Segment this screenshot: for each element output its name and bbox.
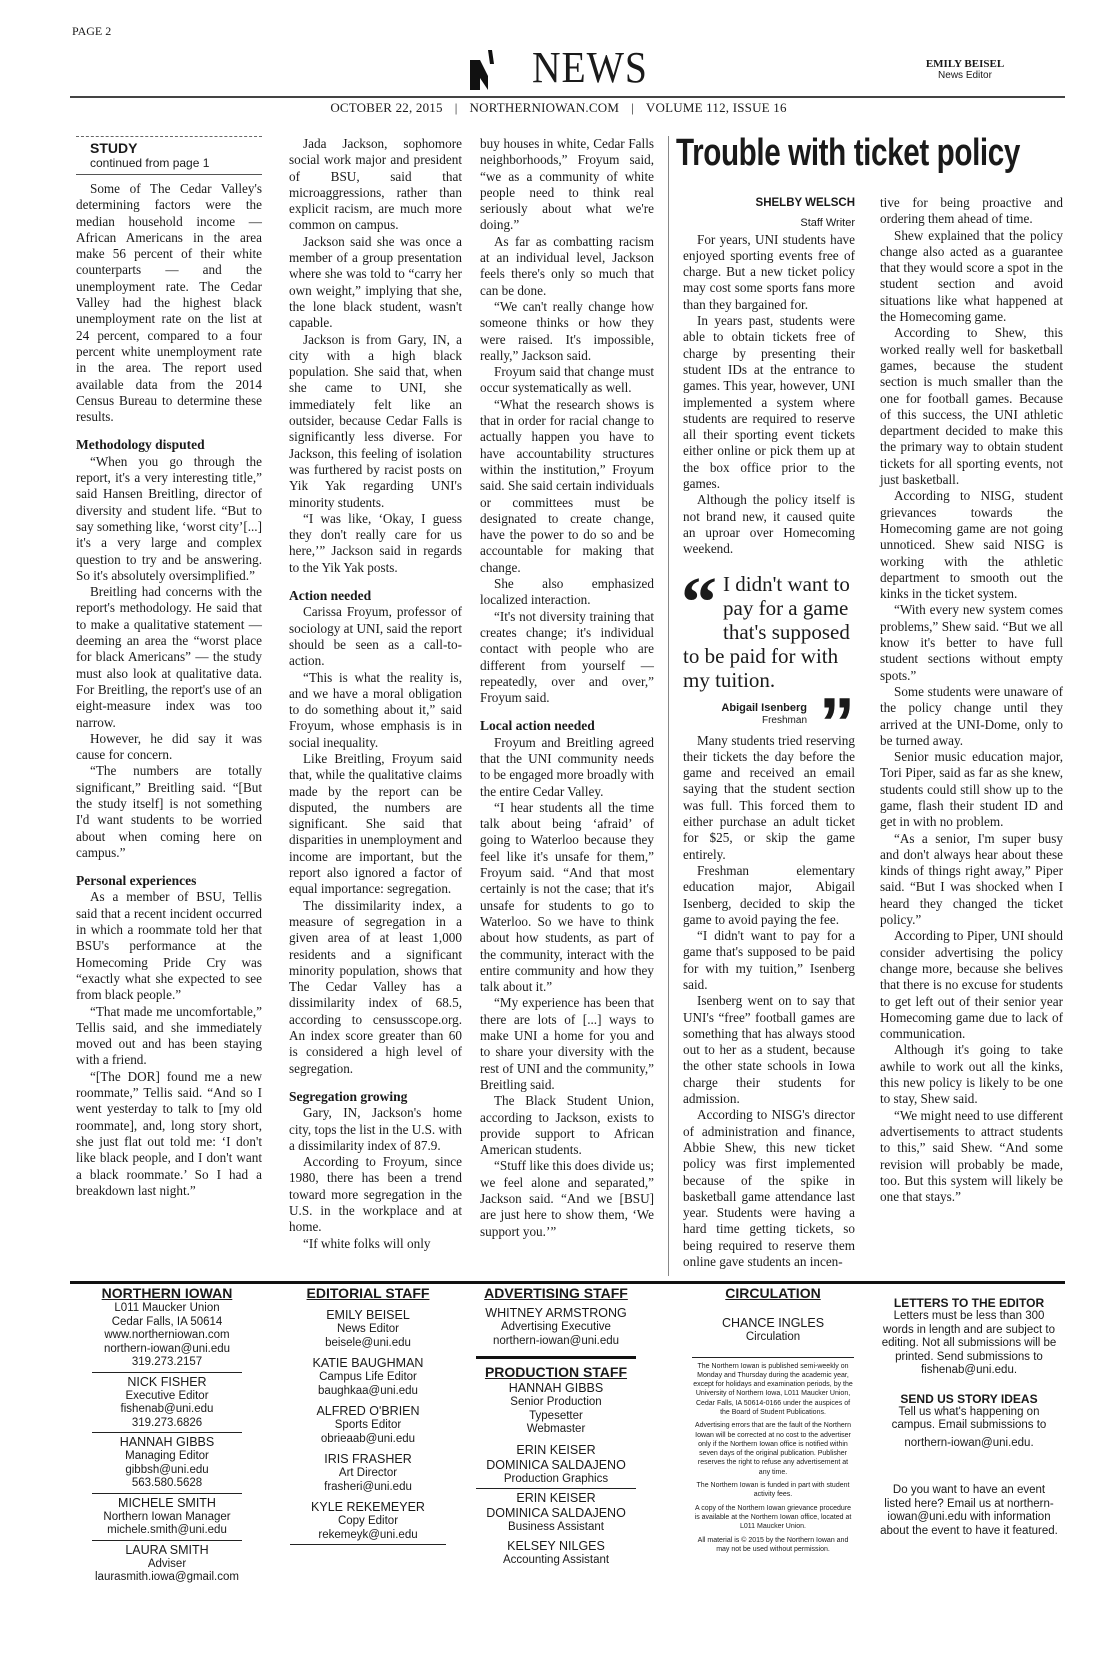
subhead: Methodology disputed [76,437,262,453]
pull-quote: “ I didn't want to pay for a game that's… [683,572,855,727]
staff-role: Circulation [692,1331,854,1345]
website-link[interactable]: www.northerniowan.com [92,1329,242,1343]
volume-issue: VOLUME 112, ISSUE 16 [646,100,787,115]
staff-entry: MICHELE SMITH Northern Iowan Manager mic… [92,1496,242,1541]
staff-name: ERIN KEISER [476,1443,636,1458]
paragraph: “What the research shows is that in orde… [480,397,654,576]
letters-text: Letters must be less than 300 words in l… [880,1310,1058,1378]
staff-role: Copy Editor [290,1515,446,1529]
paragraph: Some of The Cedar Valley's determining f… [76,181,262,425]
staff-entry: ERIN KEISER DOMINICA SALDAJENO Productio… [476,1443,636,1490]
staff-entry: CHANCE INGLES Circulation [692,1302,854,1358]
paragraph: Froyum and Breitling agreed that the UNI… [480,735,654,800]
paragraph: Shew explained that the policy change al… [880,228,1063,326]
staff-entry: ERIN KEISER DOMINICA SALDAJENO Business … [476,1491,636,1535]
staff-email[interactable]: obrieaab@uni.edu [290,1433,446,1447]
staff-role: Northern Iowan Manager [92,1511,242,1525]
paragraph: According to Shew, this worked really we… [880,325,1063,488]
paragraph: According to Piper, UNI should consider … [880,928,1063,1042]
attribution-role: Freshman [683,715,807,727]
section-editor: EMILY BEISEL News Editor [920,58,1010,81]
paragraph: As far as combatting racism at an indivi… [480,234,654,299]
staff-email[interactable]: beisele@uni.edu [290,1337,446,1351]
paragraph: However, he did say it was cause for con… [76,731,262,764]
paragraph: “With every new system comes problems,” … [880,602,1063,683]
staff-role: News Editor [290,1323,446,1337]
letters-heading: LETTERS TO THE EDITOR [880,1296,1058,1310]
staff-name: ALFRED O'BRIEN [290,1404,446,1419]
paragraph: buy houses in white, Cedar Falls neighbo… [480,136,654,234]
study-column-3: buy houses in white, Cedar Falls neighbo… [480,136,654,1240]
section-heading: EDITORIAL STAFF [290,1284,446,1302]
header-rule [70,96,1065,98]
staff-name: LAURA SMITH [92,1543,242,1558]
staff-email[interactable]: michele.smith@uni.edu [92,1524,242,1538]
staff-email[interactable]: frasheri@uni.edu [290,1481,446,1495]
staff-role: Campus Life Editor [290,1371,446,1385]
paragraph: Although it's going to take awhile to wo… [880,1042,1063,1107]
subhead: Segregation growing [289,1089,462,1105]
open-quote-icon: “ [681,572,717,632]
contact-block: L011 Maucker Union Cedar Falls, IA 50614… [92,1302,242,1373]
ticket-column-1: SHELBY WELSCH Staff Writer For years, UN… [683,195,855,1270]
paragraph: Like Breitling, Froyum said that, while … [289,751,462,898]
paragraph: In years past, students were able to obt… [683,313,855,492]
staff-entry: EMILY BEISEL News Editor beisele@uni.edu [290,1308,446,1350]
close-quote-icon: ” [819,694,855,754]
story-ideas-email[interactable]: northern-iowan@uni.edu. [880,1437,1058,1451]
address-line: L011 Maucker Union [92,1302,242,1316]
article-headline: Trouble with ticket policy [676,132,1020,174]
staff-name: HANNAH GIBBS [476,1381,636,1396]
staff-role: Production Graphics [476,1473,636,1487]
circulation: CIRCULATION CHANCE INGLES Circulation Th… [692,1284,854,1554]
staff-name: CHANCE INGLES [692,1316,854,1331]
staff-name: WHITNEY ARMSTRONG [476,1306,636,1321]
paragraph: Gary, IN, Jackson's home city, tops the … [289,1105,462,1154]
masthead-northern-iowan: NORTHERN IOWAN L011 Maucker Union Cedar … [92,1284,242,1585]
staff-role: Sports Editor [290,1419,446,1433]
paragraph: Although the policy itself is not brand … [683,492,855,557]
paragraph: Carissa Froyum, professor of sociology a… [289,604,462,669]
staff-role: Art Director [290,1467,446,1481]
staff-entry: ALFRED O'BRIEN Sports Editor obrieaab@un… [290,1404,446,1446]
paragraph: Jada Jackson, sophomore social work majo… [289,136,462,234]
staff-entry: IRIS FRASHER Art Director frasheri@uni.e… [290,1452,446,1494]
northern-iowan-logo-icon [470,50,496,90]
section-heading: PRODUCTION STAFF [476,1363,636,1381]
study-column-1: STUDY continued from page 1 Some of The … [76,136,262,1199]
editor-name: EMILY BEISEL [920,58,1010,70]
staff-name: ERIN KEISER [476,1491,636,1506]
paragraph: “This is what the reality is, and we hav… [289,670,462,751]
section-title: NEWS [532,46,648,90]
website-link[interactable]: NORTHERNIOWAN.COM [470,100,620,115]
paragraph: “We might need to use different advertis… [880,1108,1063,1206]
paragraph: “I was like, ‘Okay, I guess they don't r… [289,511,462,576]
staff-name: KYLE REKEMEYER [290,1500,446,1515]
paragraph: Freshman elementary education major, Abi… [683,863,855,928]
paragraph: The Black Student Union, according to Ja… [480,1093,654,1158]
staff-role: Webmaster [476,1423,636,1437]
story-ideas-text: Tell us what's happening on campus. Emai… [880,1406,1058,1433]
reader-info: LETTERS TO THE EDITOR Letters must be le… [880,1296,1058,1538]
subhead: Action needed [289,588,462,604]
story-ideas-heading: SEND US STORY IDEAS [880,1392,1058,1406]
paragraph: “I didn't want to pay for a game that's … [683,928,855,993]
paragraph: According to Froyum, since 1980, there h… [289,1154,462,1235]
staff-name: EMILY BEISEL [290,1308,446,1323]
staff-entry: HANNAH GIBBS Managing Editor gibbsh@uni.… [92,1435,242,1494]
staff-email[interactable]: gibbsh@uni.edu [92,1464,242,1478]
paragraph: Froyum said that change must occur syste… [480,364,654,397]
staff-entry: KELSEY NILGES Accounting Assistant [476,1539,636,1568]
jump-head: STUDY continued from page 1 [76,136,262,175]
staff-role: Business Assistant [476,1521,636,1535]
section-heading: CIRCULATION [692,1284,854,1302]
dateline: OCTOBER 22, 2015|NORTHERNIOWAN.COM|VOLUM… [0,100,1117,116]
page-number: PAGE 2 [72,24,111,39]
staff-email[interactable]: rekemeyk@uni.edu [290,1529,446,1543]
paragraph: “When you go through the report, it's a … [76,454,262,584]
study-column-2: Jada Jackson, sophomore social work majo… [289,136,462,1252]
staff-name: DOMINICA SALDAJENO [476,1506,636,1521]
paragraph: According to NISG, student grievances to… [880,488,1063,602]
subhead: Personal experiences [76,873,262,889]
paragraph: “My experience has been that there are l… [480,995,654,1093]
copyright-notice: All material is © 2015 by the Northern I… [692,1536,854,1555]
staff-role: Advertising Executive [476,1321,636,1335]
staff-entry: KATIE BAUGHMAN Campus Life Editor baughk… [290,1356,446,1398]
staff-name: NICK FISHER [92,1375,242,1390]
staff-phone: 563.580.5628 [92,1477,242,1491]
byline-role: Staff Writer [683,215,855,231]
staff-email[interactable]: fishenab@uni.edu [92,1403,242,1417]
staff-entry: LAURA SMITH Adviser laurasmith.iowa@gmai… [92,1543,242,1585]
email-link[interactable]: northern-iowan@uni.edu [92,1343,242,1357]
paragraph: According to NISG's director of administ… [683,1107,855,1270]
paragraph: For years, UNI students have enjoyed spo… [683,232,855,313]
editor-role: News Editor [920,70,1010,81]
subhead: Local action needed [480,718,654,734]
staff-role: Accounting Assistant [476,1554,636,1568]
paragraph: “We can't really change how someone thin… [480,299,654,364]
paragraph: As a member of BSU, Tellis said that a r… [76,889,262,1003]
staff-entry: HANNAH GIBBS Senior Production Typesette… [476,1381,636,1437]
staff-email[interactable]: laurasmith.iowa@gmail.com [92,1571,242,1585]
section-heading: ADVERTISING STAFF [476,1284,636,1302]
paragraph: “As a senior, I'm super busy and don't a… [880,831,1063,929]
staff-role: Managing Editor [92,1450,242,1464]
kicker: STUDY [90,141,262,156]
staff-entry: WHITNEY ARMSTRONG Advertising Executive … [476,1306,636,1359]
separator: | [631,100,634,115]
paragraph: Isenberg went on to say that UNI's “free… [683,993,855,1107]
staff-role: Executive Editor [92,1390,242,1404]
byline: SHELBY WELSCH Staff Writer [683,195,855,232]
ticket-column-2: tive for being proactive and ordering th… [880,195,1063,1205]
staff-phone: 319.273.6826 [92,1417,242,1431]
continued-note: continued from page 1 [90,156,262,170]
staff-entry: NICK FISHER Executive Editor fishenab@un… [92,1375,242,1434]
paragraph: Senior music education major, Tori Piper… [880,749,1063,830]
byline-name: SHELBY WELSCH [683,195,855,211]
funding-notice: The Northern Iowan is funded in part wit… [692,1481,854,1500]
publication-notice: The Northern Iowan is published semi-wee… [692,1362,854,1418]
paragraph: The dissimilarity index, a measure of se… [289,898,462,1077]
editorial-staff: EDITORIAL STAFF EMILY BEISEL News Editor… [290,1284,446,1547]
paragraph: “I hear students all the time talk about… [480,800,654,996]
separator: | [455,100,458,115]
paragraph: “If white folks will only [289,1236,462,1252]
staff-role: Adviser [92,1558,242,1572]
grievance-notice: A copy of the Northern Iowan grievance p… [692,1504,854,1532]
paragraph: “That made me uncomfortable,” Tellis sai… [76,1004,262,1069]
advertising-production-staff: ADVERTISING STAFF WHITNEY ARMSTRONG Adve… [476,1284,636,1567]
paragraph: “The numbers are totally significant,” B… [76,763,262,861]
staff-name: MICHELE SMITH [92,1496,242,1511]
event-listing-text: Do you want to have an event listed here… [880,1484,1058,1538]
staff-name: IRIS FRASHER [290,1452,446,1467]
paragraph: She also emphasized localized interactio… [480,576,654,609]
column-divider [668,136,669,1276]
staff-entry: KYLE REKEMEYER Copy Editor rekemeyk@uni.… [290,1500,446,1545]
advertising-errors-notice: Advertising errors that are the fault of… [692,1421,854,1477]
address-line: Cedar Falls, IA 50614 [92,1316,242,1330]
paragraph: Jackson said she was once a member of a … [289,234,462,332]
issue-date: OCTOBER 22, 2015 [330,100,442,115]
paragraph: “[The DOR] found me a new roommate,” Tel… [76,1069,262,1199]
staff-email[interactable]: baughkaa@uni.edu [290,1385,446,1399]
phone-number: 319.273.2157 [92,1356,242,1370]
paragraph: Jackson is from Gary, IN, a city with a … [289,332,462,511]
staff-name: HANNAH GIBBS [92,1435,242,1450]
staff-name: KATIE BAUGHMAN [290,1356,446,1371]
paragraph: “Stuff like this does divide us; we feel… [480,1158,654,1239]
staff-email[interactable]: northern-iowan@uni.edu [476,1335,636,1349]
pull-quote-attribution: Abigail Isenberg Freshman ” [683,702,855,727]
staff-name: KELSEY NILGES [476,1539,636,1554]
staff-name: DOMINICA SALDAJENO [476,1458,636,1473]
staff-role: Typesetter [476,1410,636,1424]
paragraph: “It's not diversity training that create… [480,609,654,707]
paragraph: tive for being proactive and ordering th… [880,195,1063,228]
paragraph: Breitling had concerns with the report's… [76,584,262,731]
attribution-name: Abigail Isenberg [683,702,807,715]
masthead-title: NORTHERN IOWAN [92,1284,242,1302]
staff-role: Senior Production [476,1396,636,1410]
paragraph: Some students were unaware of the policy… [880,684,1063,749]
